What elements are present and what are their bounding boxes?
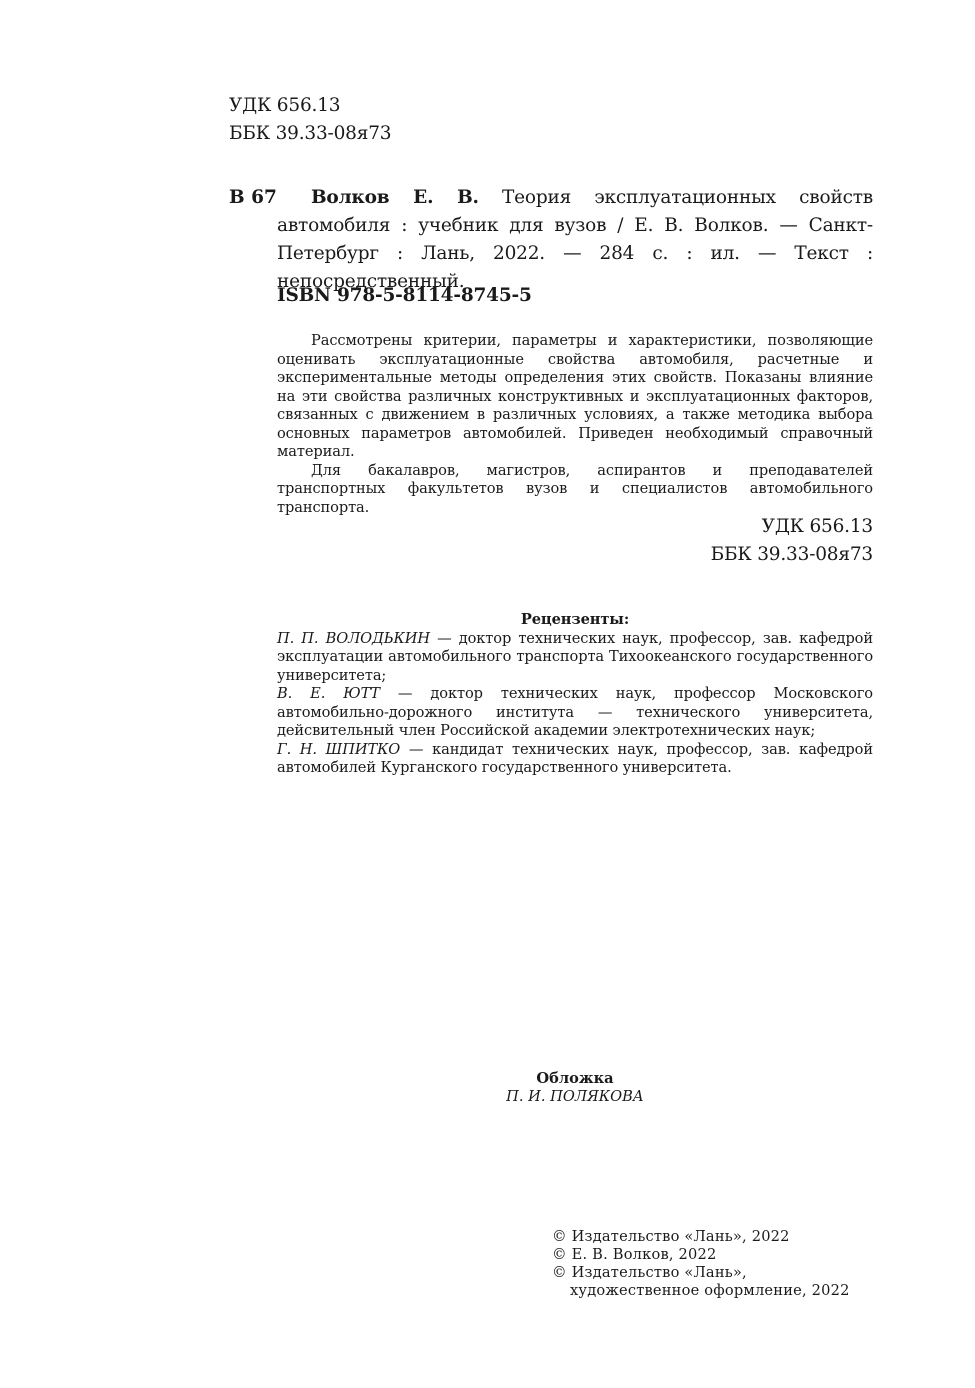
author-mark: В 67 — [229, 184, 277, 212]
copyright-line: © Издательство «Лань», 2022 — [552, 1228, 850, 1246]
cover-label: Обложка — [500, 1070, 650, 1088]
top-classification-codes: УДК 656.13 ББК 39.33-08я73 — [229, 92, 391, 148]
bbk-code: ББК 39.33-08я73 — [229, 120, 391, 148]
reviewer-name: Г. Н. ШПИТКО — [277, 741, 400, 758]
reviewer-entry: Г. Н. ШПИТКО — кандидат технических наук… — [277, 741, 873, 778]
cover-credit: Обложка П. И. ПОЛЯКОВА — [500, 1070, 650, 1106]
reviewer-entry: П. П. ВОЛОДЬКИН — доктор технических нау… — [277, 630, 873, 686]
copyright-line: © Е. В. Волков, 2022 — [552, 1246, 850, 1264]
bibliographic-record: Волков Е. В. Теория эксплуатационных сво… — [277, 184, 873, 296]
abstract-paragraph: Для бакалавров, магистров, аспирантов и … — [277, 462, 873, 518]
bbk-code: ББК 39.33-08я73 — [711, 541, 873, 569]
isbn: ISBN 978-5-8114-8745-5 — [277, 282, 532, 310]
copyright-block: © Издательство «Лань», 2022 © Е. В. Волк… — [552, 1228, 850, 1300]
reviewers-heading: Рецензенты: — [277, 611, 873, 630]
reviewer-name: П. П. ВОЛОДЬКИН — [277, 630, 430, 647]
cover-artist: П. И. ПОЛЯКОВА — [500, 1088, 650, 1106]
abstract: Рассмотрены критерии, параметры и характ… — [277, 332, 873, 517]
abstract-paragraph: Рассмотрены критерии, параметры и характ… — [277, 332, 873, 462]
copyright-line: © Издательство «Лань», — [552, 1264, 850, 1282]
udk-code: УДК 656.13 — [229, 92, 391, 120]
reviewers-section: Рецензенты: П. П. ВОЛОДЬКИН — доктор тех… — [277, 611, 873, 778]
reviewer-name: В. Е. ЮТТ — [277, 685, 380, 702]
reviewer-entry: В. Е. ЮТТ — доктор технических наук, про… — [277, 685, 873, 741]
right-classification-codes: УДК 656.13 ББК 39.33-08я73 — [711, 513, 873, 569]
udk-code: УДК 656.13 — [711, 513, 873, 541]
biblio-author: Волков Е. В. — [311, 187, 479, 208]
copyright-line-continuation: художественное оформление, 2022 — [552, 1282, 850, 1300]
